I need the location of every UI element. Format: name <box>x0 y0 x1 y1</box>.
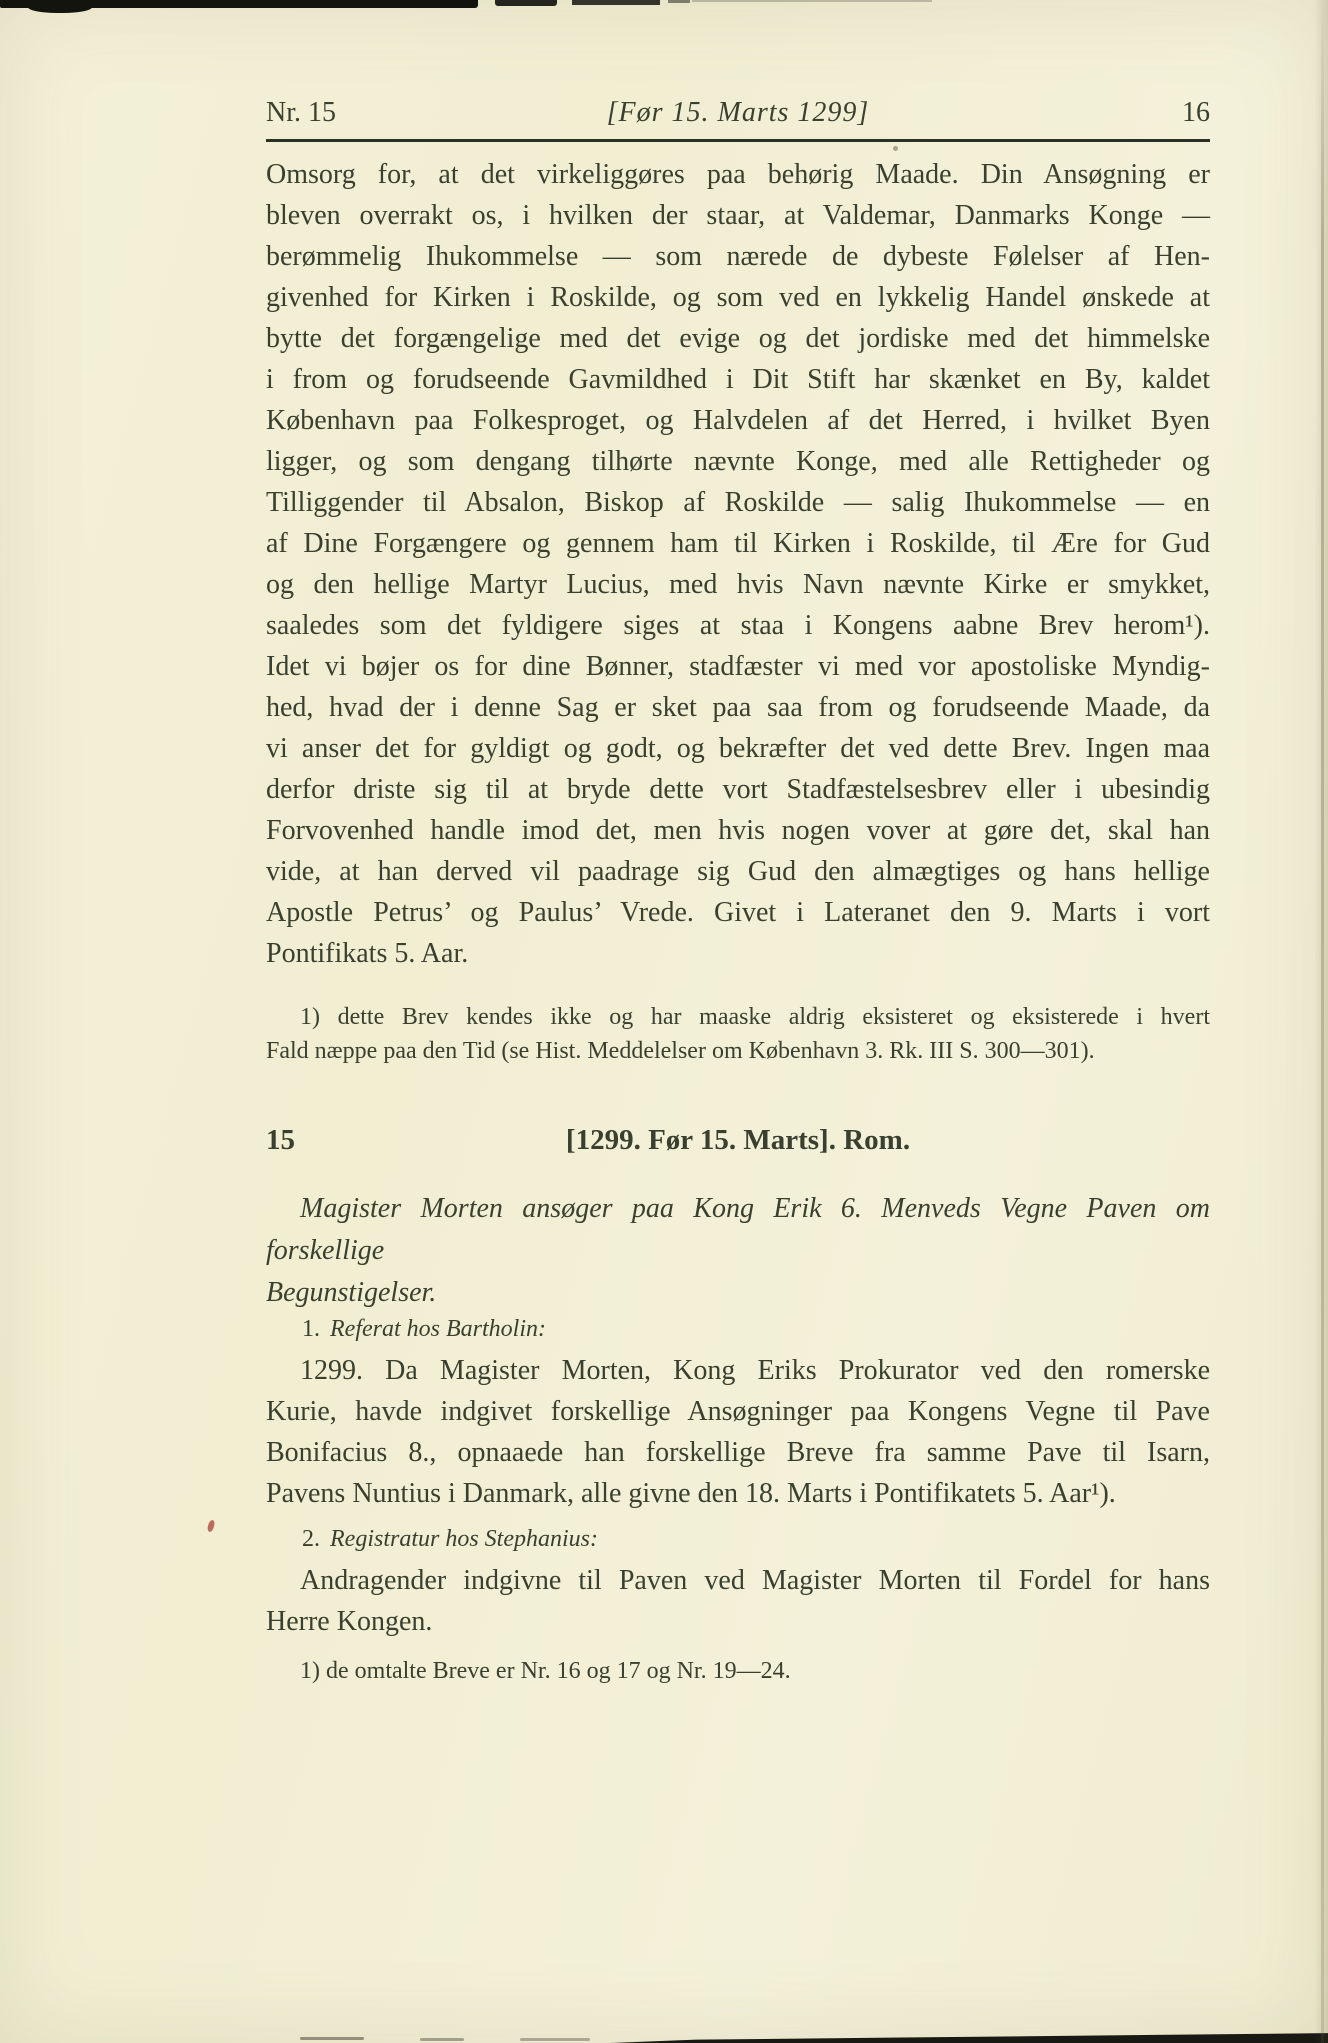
page-number: 16 <box>1182 97 1210 129</box>
entry-15-heading: 15 [1299. Før 15. Marts]. Rom. <box>266 1124 1210 1162</box>
text-line: København paa Folkesproget, og Halvdelen… <box>266 400 1210 441</box>
footnote-line: 1) dette Brev kendes ikke og har maaske … <box>266 1000 1210 1034</box>
source-label-referat: 1.Referat hos Bartholin: <box>266 1314 1210 1344</box>
running-header: Nr. 15 [Før 15. Marts 1299] 16 <box>266 97 1210 133</box>
source-title: Registratur hos Stephanius: <box>330 1526 598 1552</box>
registratur-paragraph: Andragender indgivne til Paven ved Magis… <box>266 1560 1210 1642</box>
text-line: saaledes som det fyldigere siges at staa… <box>266 605 1210 646</box>
text-line: Forvovenhed handle imod det, men hvis no… <box>266 810 1210 851</box>
text-line: Idet vi bøjer os for dine Bønner, stadfæ… <box>266 646 1210 687</box>
text-line: Andragender indgivne til Paven ved Magis… <box>266 1560 1210 1601</box>
source-label-registratur: 2.Registratur hos Stephanius: <box>266 1524 1210 1554</box>
source-title: Referat hos Bartholin: <box>330 1316 546 1342</box>
text-line: bleven overrakt os, i hvilken der staar,… <box>266 195 1210 236</box>
scan-artifact-bottom-edge <box>610 2031 1328 2043</box>
abstract-line: Begunstigelser. <box>266 1272 1210 1314</box>
referat-paragraph: 1299. Da Magister Morten, Kong Eriks Pro… <box>266 1350 1210 1514</box>
text-line: Herre Kongen. <box>266 1601 1210 1642</box>
footnote-line: Fald næppe paa den Tid (se Hist. Meddele… <box>266 1034 1210 1068</box>
red-ink-speck <box>207 1520 215 1533</box>
scan-artifact-bottom-dash <box>300 2037 364 2040</box>
source-number: 1. <box>302 1316 320 1342</box>
text-line: Tilliggender til Absalon, Biskop af Rosk… <box>266 482 1210 523</box>
scan-artifact-bottom-dash <box>520 2038 590 2041</box>
text-line: vide, at han derved vil paadrage sig Gud… <box>266 851 1210 892</box>
text-line: Pavens Nuntius i Danmark, alle givne den… <box>266 1473 1210 1514</box>
text-line: 1299. Da Magister Morten, Kong Eriks Pro… <box>266 1350 1210 1391</box>
entry-15-footnote: 1) de omtalte Breve er Nr. 16 og 17 og N… <box>266 1654 1210 1688</box>
source-number: 2. <box>302 1526 320 1552</box>
text-line: Omsorg for, at det virkeliggøres paa beh… <box>266 154 1210 195</box>
book-page-scan: Nr. 15 [Før 15. Marts 1299] 16 Omsorg fo… <box>0 0 1328 2043</box>
running-header-date: [Før 15. Marts 1299] <box>266 97 1210 129</box>
entry-14-paragraph: Omsorg for, at det virkeliggøres paa beh… <box>266 154 1210 974</box>
entry-15-abstract: Magister Morten ansøger paa Kong Erik 6.… <box>266 1188 1210 1314</box>
text-line: derfor driste sig til at bryde dette vor… <box>266 769 1210 810</box>
entry-14-footnote: 1) dette Brev kendes ikke og har maaske … <box>266 1000 1210 1068</box>
entry-date-place: [1299. Før 15. Marts]. Rom. <box>266 1124 1210 1157</box>
text-line: vi anser det for gyldigt og godt, og bek… <box>266 728 1210 769</box>
abstract-line: Magister Morten ansøger paa Kong Erik 6.… <box>266 1188 1210 1272</box>
text-line: i from og forudseende Gavmildhed i Dit S… <box>266 359 1210 400</box>
text-column: Nr. 15 [Før 15. Marts 1299] 16 Omsorg fo… <box>266 0 1210 1688</box>
header-rule <box>266 139 1210 142</box>
text-line: Apostle Petrus’ og Paulus’ Vrede. Givet … <box>266 892 1210 933</box>
page-edge-shadow <box>1314 0 1328 2043</box>
scan-artifact-top-blob <box>28 0 92 13</box>
text-line: Pontifikats 5. Aar. <box>266 933 1210 974</box>
text-line: berømmelig Ihukommelse — som nærede de d… <box>266 236 1210 277</box>
text-line: ligger, og som dengang tilhørte nævnte K… <box>266 441 1210 482</box>
scan-artifact-bottom-dash <box>420 2038 464 2041</box>
text-line: bytte det forgængelige med det evige og … <box>266 318 1210 359</box>
text-line: af Dine Forgængere og gennem ham til Kir… <box>266 523 1210 564</box>
text-line: givenhed for Kirken i Roskilde, og som v… <box>266 277 1210 318</box>
text-line: Bonifacius 8., opnaaede han forskellige … <box>266 1432 1210 1473</box>
text-line: hed, hvad der i denne Sag er sket paa sa… <box>266 687 1210 728</box>
text-line: og den hellige Martyr Lucius, med hvis N… <box>266 564 1210 605</box>
text-line: Kurie, havde indgivet forskellige Ansøgn… <box>266 1391 1210 1432</box>
